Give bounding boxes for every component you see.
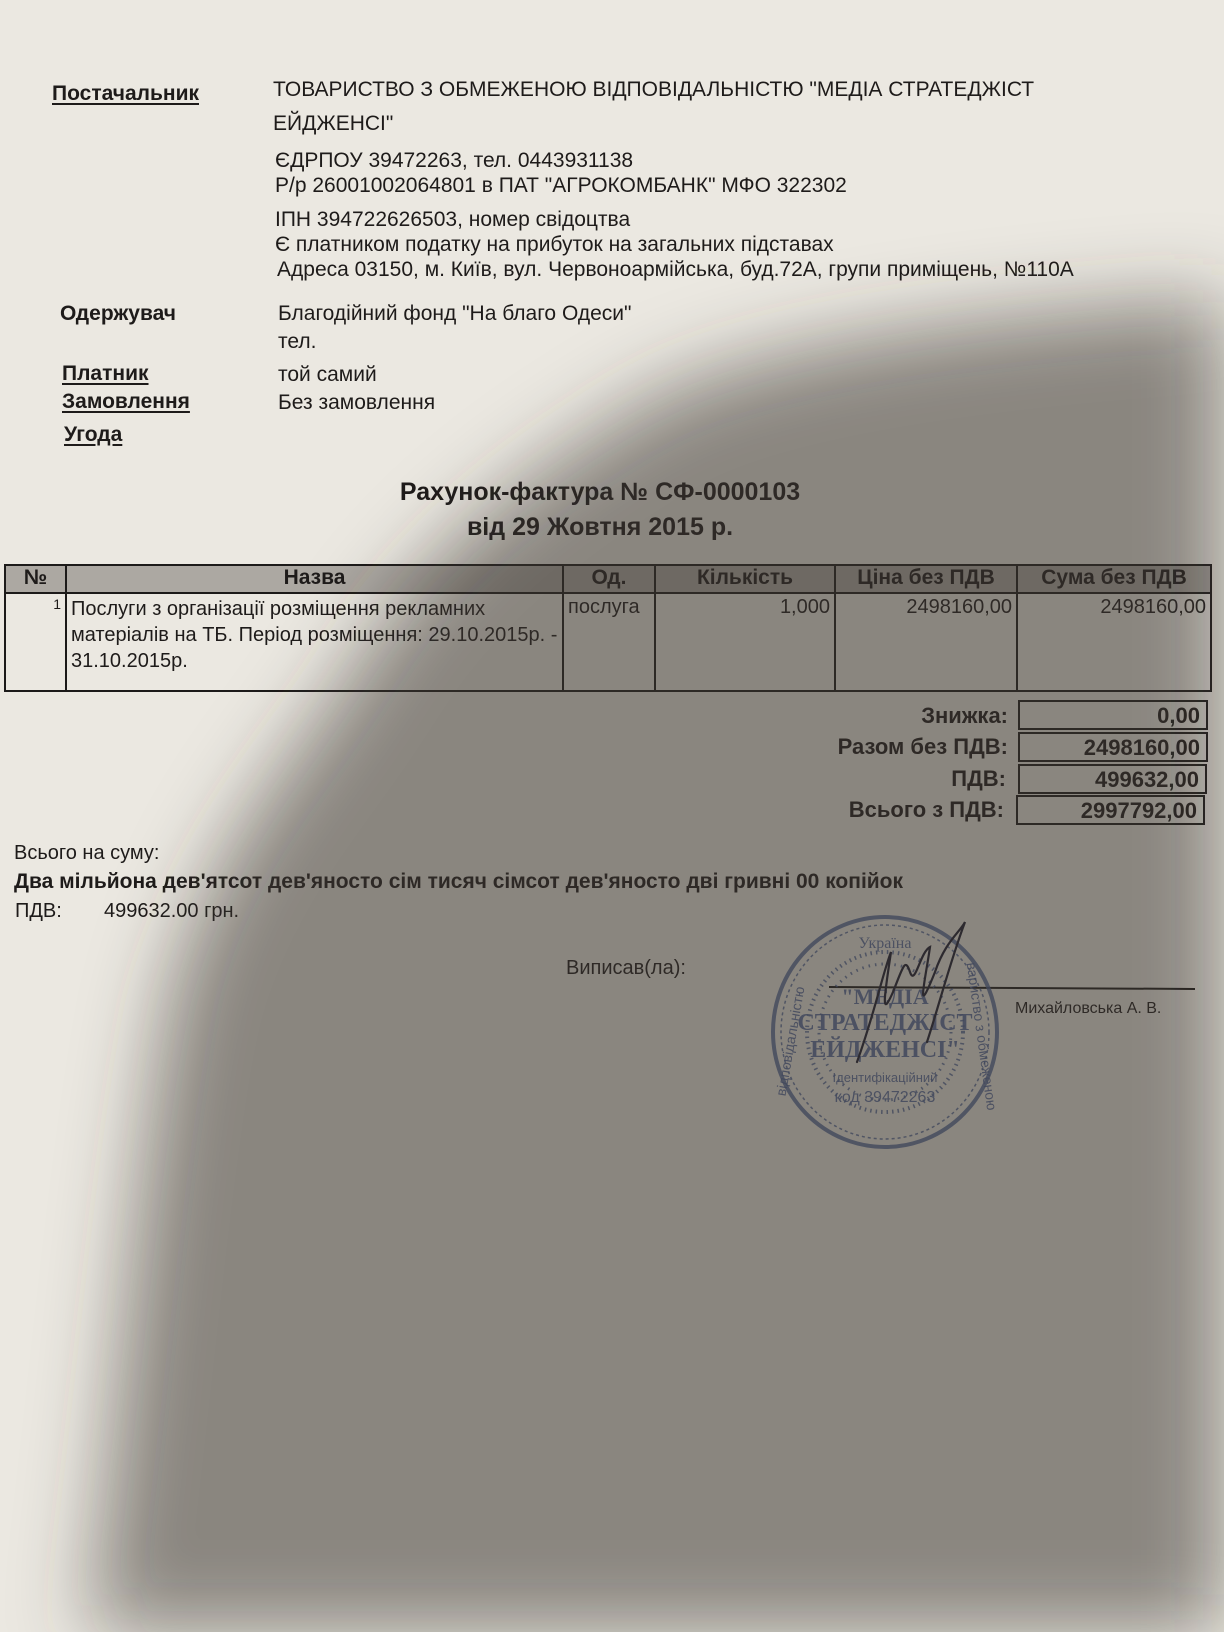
cell-sum: 2498160,00 — [1017, 593, 1211, 691]
col-header-sum: Сума без ПДВ — [1017, 565, 1211, 593]
order-label: Замовлення — [62, 390, 190, 414]
cell-qty: 1,000 — [655, 593, 835, 691]
recipient-name: Благодійний фонд "На благо Одеси" — [278, 302, 631, 326]
svg-text:СТРАТЕДЖІСТ: СТРАТЕДЖІСТ — [797, 1010, 972, 1036]
company-stamp-icon: Україна "МЕДІА СТРАТЕДЖІСТ ЕЙДЖЕНСІ" Іде… — [765, 912, 1005, 1152]
vat-value: 499632,00 — [1018, 764, 1207, 794]
svg-text:вариство з обмеженою: вариство з обмеженою — [964, 961, 1001, 1111]
issued-by-label: Виписав(ла): — [566, 957, 686, 980]
vat-label: ПДВ: — [706, 766, 1006, 792]
recipient-phone: тел. — [278, 330, 316, 354]
total-label: Всього з ПДВ: — [704, 797, 1004, 823]
stamp-top-text: Україна — [859, 935, 912, 952]
invoice-title: Рахунок-фактура № СФ-0000103 — [300, 478, 900, 507]
supplier-edrpou: ЄДРПОУ 39472263, тел. 0443931138 — [275, 149, 633, 173]
svg-text:Ідентифікаційний: Ідентифікаційний — [833, 1070, 938, 1085]
summary-vat-label: ПДВ: — [15, 900, 62, 923]
recipient-label: Одержувач — [60, 302, 176, 326]
table-header-row: № Назва Од. Кількість Ціна без ПДВ Сума … — [5, 565, 1211, 593]
items-table: № Назва Од. Кількість Ціна без ПДВ Сума … — [4, 564, 1212, 692]
col-header-no: № — [5, 565, 66, 593]
signer-name: Михайловська А. В. — [1015, 1000, 1161, 1018]
summary-vat-value: 499632.00 грн. — [104, 900, 239, 923]
supplier-name-line1: ТОВАРИСТВО З ОБМЕЖЕНОЮ ВІДПОВІДАЛЬНІСТЮ … — [273, 78, 1034, 102]
svg-text:ЕЙДЖЕНСІ": ЕЙДЖЕНСІ" — [810, 1037, 960, 1063]
invoice-date: від 29 Жовтня 2015 р. — [300, 513, 900, 542]
cell-unit: послуга — [563, 593, 655, 691]
supplier-address: Адреса 03150, м. Київ, вул. Червоноармій… — [277, 258, 1074, 282]
col-header-qty: Кількість — [655, 565, 835, 593]
payer-value: той самий — [278, 363, 377, 387]
discount-label: Знижка: — [708, 703, 1008, 729]
agreement-label: Угода — [64, 423, 122, 447]
supplier-ipn: ІПН 394722626503, номер свідоцтва — [275, 208, 630, 232]
supplier-tax-status: Є платником податку на прибуток на загал… — [275, 233, 834, 257]
sum-in-words: Два мільйона дев'ятсот дев'яносто сім ти… — [14, 870, 903, 894]
table-row: 1 Послуги з організації розміщення рекла… — [5, 593, 1211, 691]
supplier-name-line2: ЕЙДЖЕНСІ" — [273, 112, 393, 136]
cell-name: Послуги з організації розміщення рекламн… — [66, 593, 563, 691]
col-header-price: Ціна без ПДВ — [835, 565, 1017, 593]
supplier-label: Постачальник — [52, 82, 199, 106]
col-header-unit: Од. — [563, 565, 655, 593]
discount-value: 0,00 — [1018, 700, 1208, 730]
subtotal-value: 2498160,00 — [1018, 732, 1208, 762]
supplier-bank: Р/р 26001002064801 в ПАТ "АГРОКОМБАНК" М… — [275, 174, 847, 198]
cell-price: 2498160,00 — [835, 593, 1017, 691]
order-value: Без замовлення — [278, 391, 435, 415]
svg-text:код 39472263: код 39472263 — [835, 1089, 936, 1106]
col-header-name: Назва — [66, 565, 563, 593]
payer-label: Платник — [62, 362, 149, 386]
subtotal-label: Разом без ПДВ: — [708, 734, 1008, 760]
sum-label: Всього на суму: — [14, 842, 159, 865]
total-value: 2997792,00 — [1016, 795, 1205, 825]
cell-no: 1 — [5, 593, 66, 691]
